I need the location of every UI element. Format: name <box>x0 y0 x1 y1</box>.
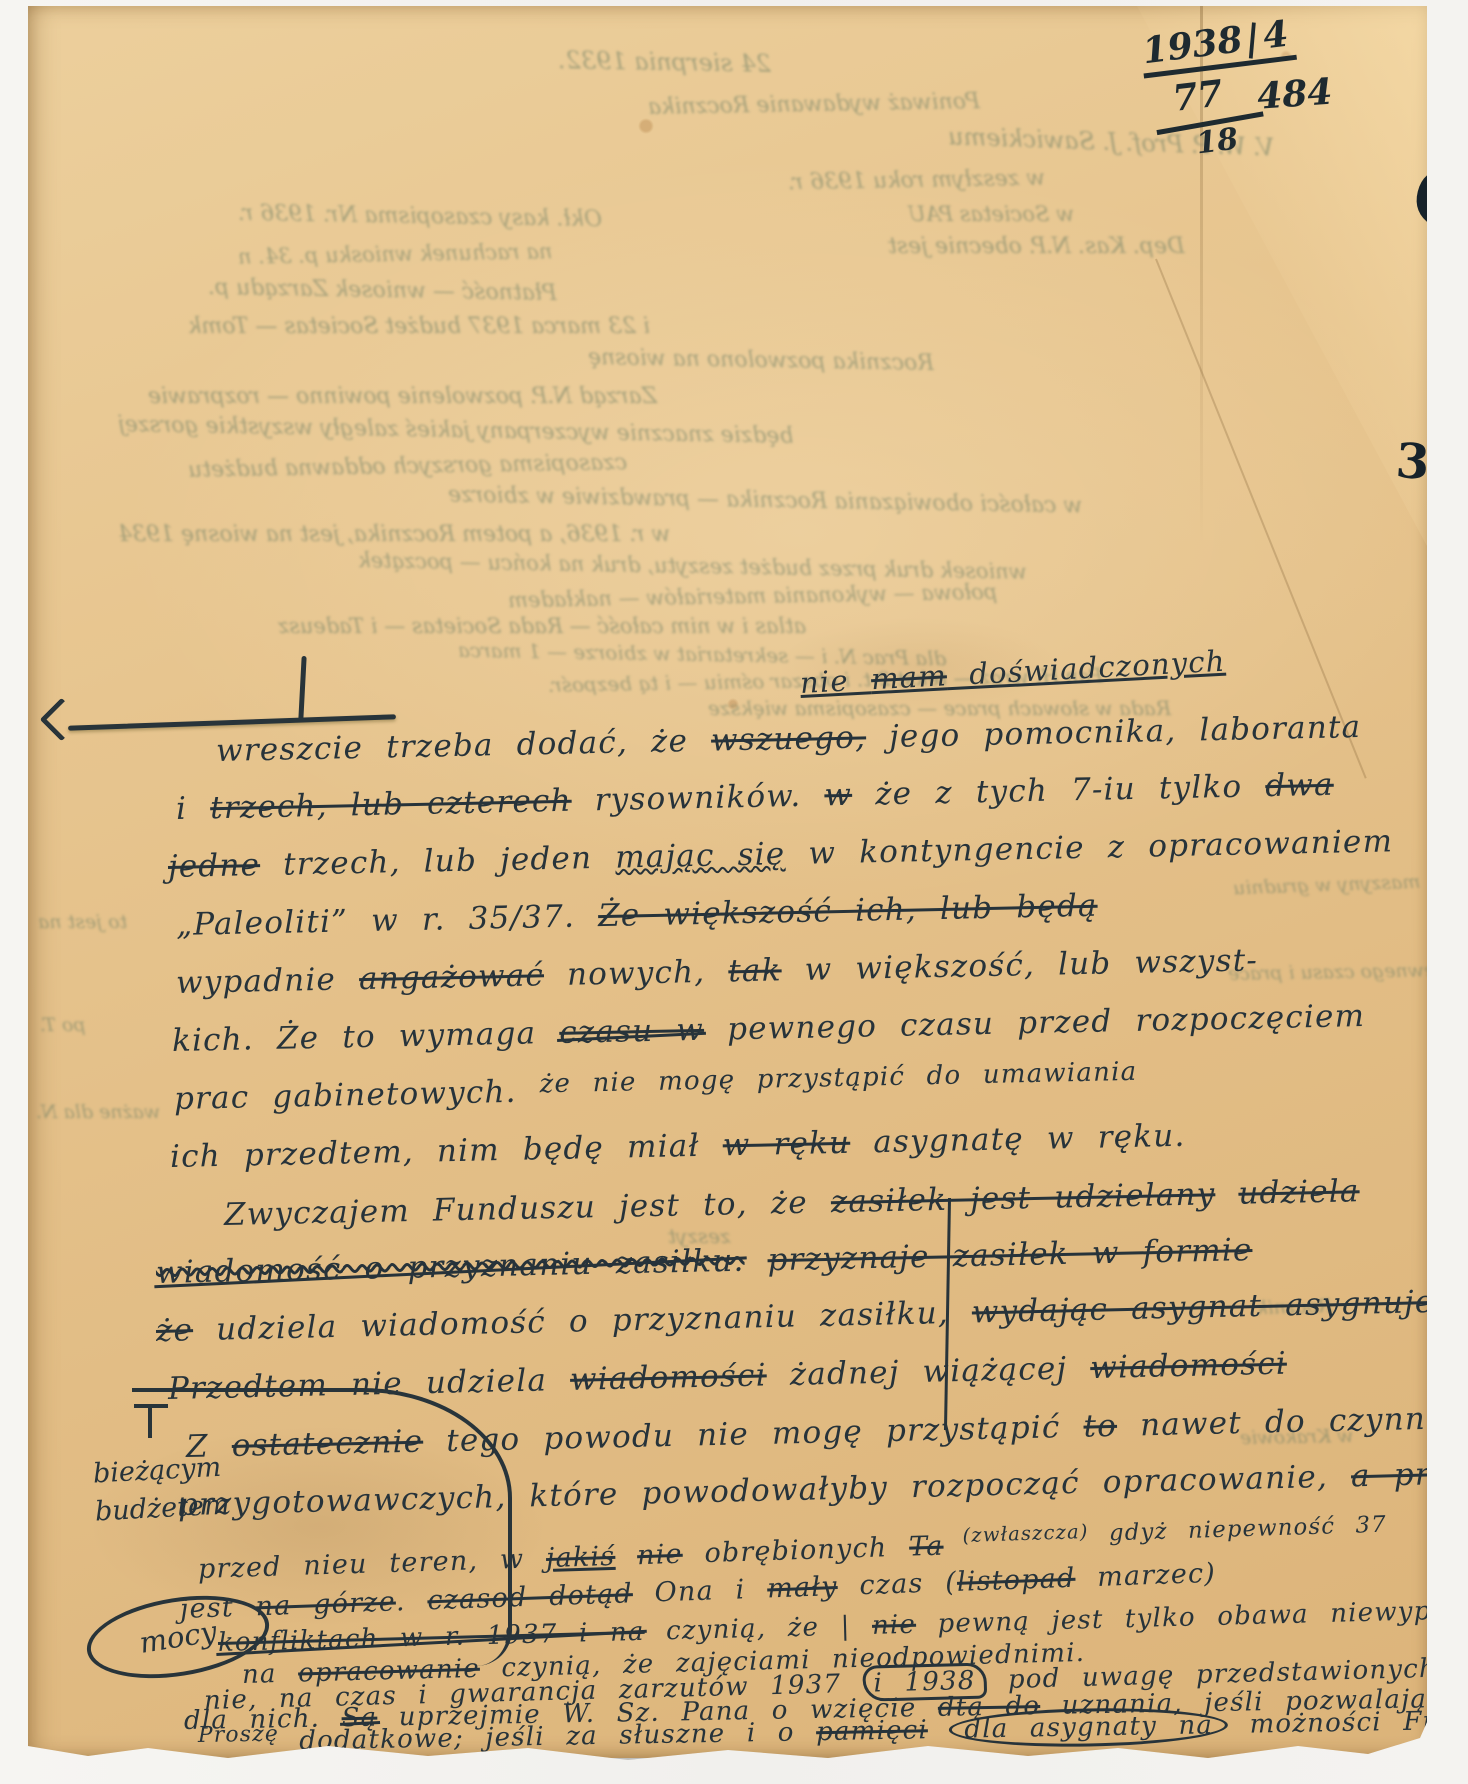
ms-segment: że z tych 7-iu tylko <box>852 768 1266 813</box>
manuscript-line: wreszcie trzeba dodać, że wszuego, jego … <box>216 709 1362 769</box>
circled-word-text: mocy <box>137 1614 219 1660</box>
ms-segment: Ona i <box>632 1574 767 1610</box>
ms-segment: (zwłaszcza) <box>943 1520 1089 1548</box>
ms-segment: wiadomość o przyznaniu zasiłku. <box>156 1243 745 1291</box>
ms-segment: pamięci <box>816 1715 928 1747</box>
ms-segment: dwa <box>1265 767 1334 804</box>
ms-segment: pewnego czasu przed rozpoczęciem <box>704 998 1366 1048</box>
ms-segment: jakiś <box>546 1541 616 1574</box>
ms-segment: angażować <box>359 957 545 997</box>
ms-segment: wreszcie trzeba dodać, że <box>216 723 712 769</box>
manuscript-line: ich przedtem, nim będę miał w ręku asygn… <box>170 1118 1186 1175</box>
ms-segment: wydając asygnat asygnuje <box>971 1284 1434 1330</box>
ms-segment: w większość, lub wszyst- <box>781 942 1258 988</box>
ms-segment: wszuego, <box>711 719 867 758</box>
ms-segment: jego pomocnika, laboranta <box>866 709 1362 755</box>
ms-segment: przyznaje zasiłek w formie <box>767 1232 1253 1278</box>
ms-segment: kich. Że to wymaga <box>172 1015 560 1059</box>
ms-segment: Ta <box>909 1531 944 1563</box>
ms-segment: Że większość ich, lub będą <box>598 888 1098 934</box>
margin-note: bieżącym budżetem <box>92 1449 230 1532</box>
ms-segment: nie <box>799 662 872 700</box>
manuscript-line: Zwyczajem Funduszu jest to, że zasiłek j… <box>224 1173 1360 1233</box>
manuscript-line: wypadnie angażować nowych, tak w większo… <box>176 942 1259 1001</box>
manuscript-line: jedne trzech, lub jeden mając się w kont… <box>168 823 1394 885</box>
ms-segment: mały <box>767 1571 839 1604</box>
manuscript-line: nie mam doświadczonych <box>799 644 1226 700</box>
ms-segment: wiadomości <box>1090 1346 1287 1386</box>
ms-segment: czas ( <box>837 1567 957 1602</box>
ms-segment: i <box>176 790 211 827</box>
manuscript-line: „Paleoliti” w r. 35/37. Że większość ich… <box>176 888 1098 943</box>
ms-segment: udziela wiadomość o przyznaniu zasiłku, <box>193 1294 973 1348</box>
ms-segment: wypadnie <box>176 961 360 1001</box>
ms-segment: nie <box>872 1610 917 1641</box>
ms-segment: a przed <box>1351 1455 1468 1494</box>
ms-segment <box>615 1540 638 1572</box>
ms-segment: Zwyczajem Funduszu jest to, że <box>224 1184 832 1233</box>
ms-segment: pewną jest tylko obawa niewypełnie- <box>916 1594 1468 1640</box>
ms-segment: mam <box>870 658 948 696</box>
ms-segment: wiadomości <box>570 1357 767 1397</box>
ms-segment: gdyż niepewność 37 <box>1088 1512 1387 1547</box>
manuscript-line: i trzech, lub czterech rysowników. w że … <box>176 767 1335 827</box>
ms-segment: (robi wzajemnie) <box>1434 1275 1468 1306</box>
ms-segment: że nie mogę przystąpić do umawiania <box>539 1057 1137 1100</box>
ms-segment: mając się <box>615 836 786 876</box>
ms-segment: zasiłek jest udzielany <box>831 1176 1216 1220</box>
ms-segment: w kontyngencie z opracowaniem <box>785 823 1394 872</box>
ms-segment: ich przedtem, nim będę miał <box>170 1127 723 1175</box>
ms-segment: prac gabinetowych. <box>174 1073 540 1117</box>
ms-segment: nowych, <box>544 953 729 993</box>
manuscript-line: że udziela wiadomość o przyznaniu zasiłk… <box>156 1279 1468 1349</box>
ms-segment: doświadczonych <box>946 644 1226 693</box>
ms-segment: tego powodu nie mogę przystąpić <box>423 1409 1084 1460</box>
ms-segment: Proszę <box>198 1721 300 1748</box>
ms-segment: żadnej wiążącej <box>766 1350 1090 1393</box>
ms-segment <box>744 1242 768 1278</box>
ms-segment: to <box>1083 1408 1117 1445</box>
ms-segment: nie <box>637 1539 684 1571</box>
ms-segment: nawet do czynności <box>1117 1399 1468 1444</box>
ms-segment: listopad <box>956 1563 1076 1598</box>
ms-segment: w <box>824 777 852 814</box>
ms-segment: rysowników. <box>571 777 824 818</box>
margin-t-mark <box>134 1404 168 1438</box>
ms-segment: udziela <box>1238 1173 1360 1212</box>
ms-segment: marzec) <box>1075 1558 1217 1594</box>
manuscript-line: wiadomość o przyznaniu zasiłku. przyznaj… <box>156 1232 1253 1291</box>
ms-segment: że <box>156 1312 194 1349</box>
ms-segment: asygnatę w ręku. <box>850 1118 1186 1161</box>
ms-segment <box>928 1715 950 1745</box>
ms-segment: możności Funduszu. <box>1228 1704 1468 1740</box>
ms-segment <box>1215 1176 1239 1212</box>
ms-segment: „Paleoliti” w r. 35/37. <box>176 898 599 943</box>
margin-note-line2: budżetem <box>94 1486 230 1531</box>
ms-segment: obrębionych <box>682 1532 909 1570</box>
ms-segment: trzech, lub jeden <box>260 840 616 883</box>
scanned-manuscript-page: { "document": { "kind": "handwritten man… <box>0 0 1468 1784</box>
ms-segment: tak <box>728 952 782 989</box>
ms-segment: czasu w <box>559 1012 705 1051</box>
manuscript-line: prac gabinetowych. że nie mogę przystąpi… <box>174 1061 1138 1117</box>
ms-segment: w ręku <box>722 1125 850 1164</box>
manuscript-line: kich. Że to wymaga czasu w pewnego czasu… <box>172 998 1366 1059</box>
ms-segment: czynią, że | <box>644 1611 872 1647</box>
ms-segment: trzech, lub czterech <box>210 783 572 827</box>
paper-sheet: 24 sierpnia 1932.Poniważ wydawanie Roczn… <box>28 6 1427 1758</box>
ms-segment: jedne <box>168 847 261 885</box>
